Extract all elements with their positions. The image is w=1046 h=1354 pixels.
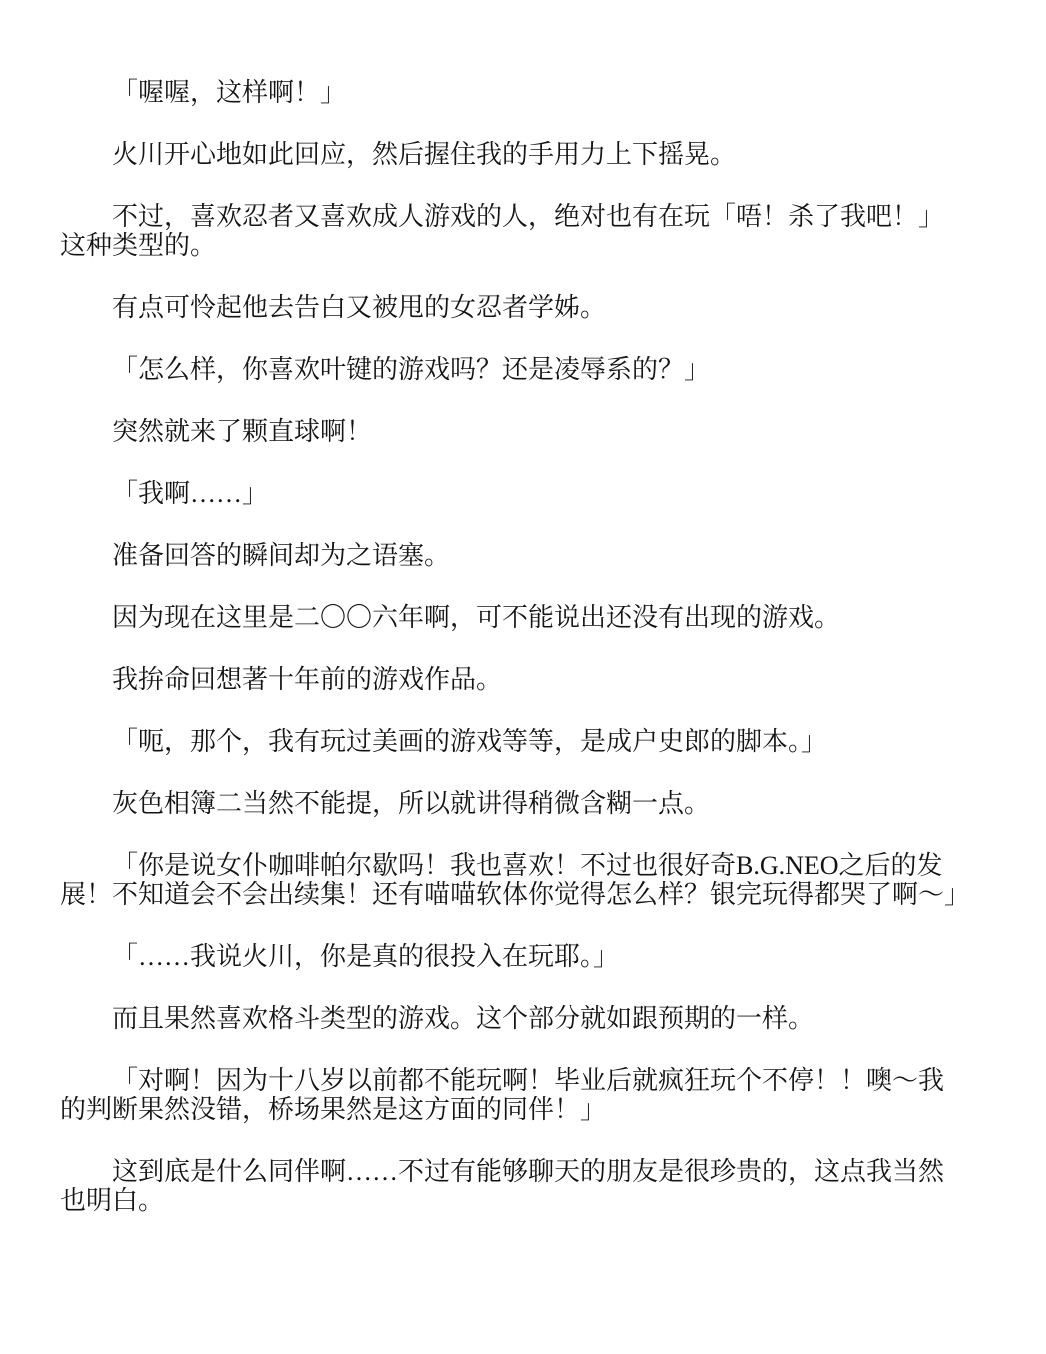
paragraph: 「我啊……」 (60, 479, 960, 508)
paragraph: 这到底是什么同伴啊……不过有能够聊天的朋友是很珍贵的，这点我当然也明白。 (60, 1157, 960, 1215)
paragraph: 「呃，那个，我有玩过美画的游戏等等，是成户史郎的脚本。」 (60, 727, 960, 756)
paragraph: 不过，喜欢忍者又喜欢成人游戏的人，绝对也有在玩「唔！杀了我吧！」这种类型的。 (60, 202, 960, 260)
paragraph: 「你是说女仆咖啡帕尔歇吗！我也喜欢！不过也很好奇B.G.NEO之后的发展！不知道… (60, 851, 960, 909)
novel-page: 「喔喔，这样啊！」火川开心地如此回应，然后握住我的手用力上下摇晃。不过，喜欢忍者… (0, 0, 1046, 1354)
paragraph: 「对啊！因为十八岁以前都不能玩啊！毕业后就疯狂玩个不停！！噢～我的判断果然没错，… (60, 1066, 960, 1124)
paragraph: 「怎么样，你喜欢叶键的游戏吗？还是凌辱系的？」 (60, 355, 960, 384)
paragraph: 灰色相簿二当然不能提，所以就讲得稍微含糊一点。 (60, 789, 960, 818)
paragraph: 有点可怜起他去告白又被甩的女忍者学姊。 (60, 293, 960, 322)
paragraph: 准备回答的瞬间却为之语塞。 (60, 541, 960, 570)
paragraph: 火川开心地如此回应，然后握住我的手用力上下摇晃。 (60, 140, 960, 169)
paragraph: 突然就来了颗直球啊！ (60, 417, 960, 446)
paragraph: 我拚命回想著十年前的游戏作品。 (60, 665, 960, 694)
novel-text-body: 「喔喔，这样啊！」火川开心地如此回应，然后握住我的手用力上下摇晃。不过，喜欢忍者… (0, 0, 1046, 1215)
paragraph: 「喔喔，这样啊！」 (60, 78, 960, 107)
paragraph: 而且果然喜欢格斗类型的游戏。这个部分就如跟预期的一样。 (60, 1004, 960, 1033)
paragraph: 因为现在这里是二〇〇六年啊，可不能说出还没有出现的游戏。 (60, 603, 960, 632)
paragraph: 「……我说火川，你是真的很投入在玩耶。」 (60, 942, 960, 971)
